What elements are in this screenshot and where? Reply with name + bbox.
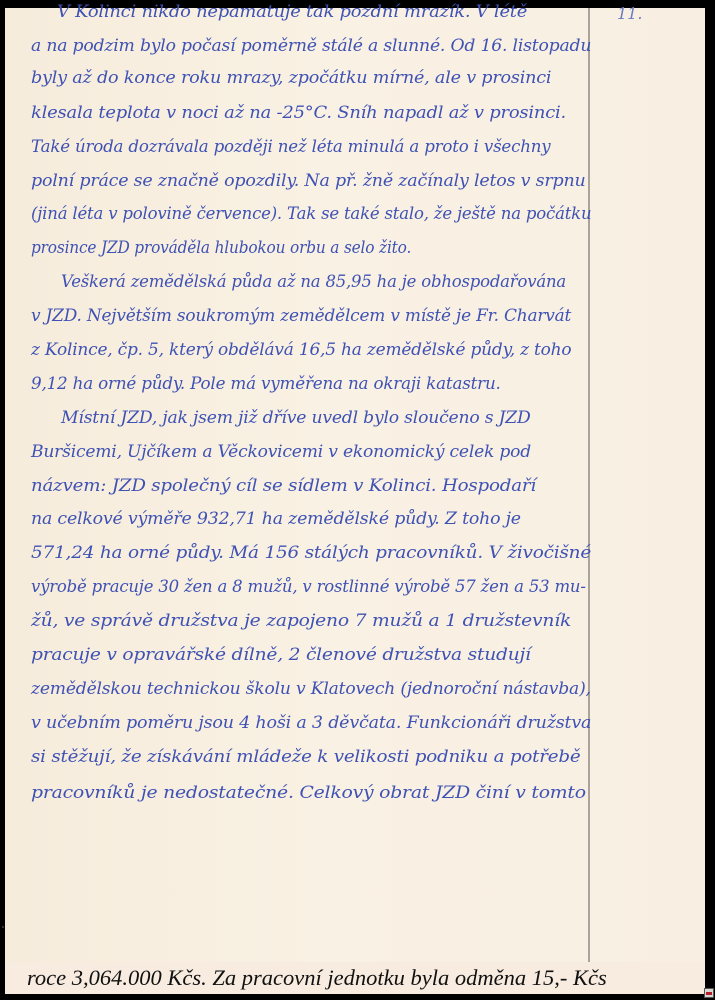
text-line: v JZD. Největším soukromým zemědělcem v … (31, 306, 571, 326)
text-line: Místní JZD, jak jsem již dříve uvedl byl… (61, 408, 531, 428)
text-line: výrobě pracuje 30 žen a 8 mužů, v rostli… (31, 577, 586, 597)
text-line: prosince JZD prováděla hlubokou orbu a s… (31, 238, 411, 258)
typed-caption: roce 3,064.000 Kčs. Za pracovní jednotku… (5, 962, 705, 994)
text-line: 9,12 ha orné půdy. Pole má vyměřena na o… (31, 374, 501, 394)
text-line: si stěžují, že získávání mládeže k velik… (31, 747, 580, 767)
text-line: a na podzim bylo počasí poměrně stálé a … (31, 36, 591, 56)
text-line: žů, ve správě družstva je zapojeno 7 muž… (31, 611, 571, 631)
text-line: 571,24 ha orné půdy. Má 156 stálých prac… (31, 543, 591, 563)
document-page: 11. V Kolinci nikdo nepamatuje tak pozdn… (5, 8, 705, 994)
text-line: V Kolinci nikdo nepamatuje tak pozdní mr… (57, 2, 527, 22)
caption-text: roce 3,064.000 Kčs. Za pracovní jednotku… (27, 965, 607, 991)
text-line: na celkové výměře 932,71 ha zemědělské p… (31, 509, 521, 529)
text-line: (jiná léta v polovině července). Tak se … (31, 204, 591, 224)
text-line: polní práce se značně opozdily. Na př. ž… (31, 171, 586, 191)
page-number: 11. (617, 4, 642, 23)
text-line: pracovníků je nedostatečné. Celkový obra… (31, 783, 586, 803)
text-line: v učebním poměru jsou 4 hoši a 3 děvčata… (31, 713, 591, 733)
margin-rule (588, 8, 590, 963)
text-line: Také úroda dozrávala později než léta mi… (31, 137, 550, 157)
text-line: pracuje v opravářské dílně, 2 členové dr… (31, 645, 531, 665)
text-line: z Kolince, čp. 5, který obdělává 16,5 ha… (31, 340, 571, 360)
text-line: Veškerá zemědělská půda až na 85,95 ha j… (61, 272, 566, 292)
minimize-icon[interactable] (704, 988, 714, 998)
text-line: klesala teplota v noci až na -25°C. Sníh… (31, 103, 566, 123)
text-line: zemědělskou technickou školu v Klatovech… (31, 679, 591, 699)
text-line: Buršicemi, Ujčíkem a Věckovicemi v ekono… (31, 442, 531, 462)
text-line: byly až do konce roku mrazy, zpočátku mí… (31, 68, 551, 88)
scan-speck (2, 926, 4, 928)
text-line: názvem: JZD společný cíl se sídlem v Kol… (31, 476, 536, 496)
